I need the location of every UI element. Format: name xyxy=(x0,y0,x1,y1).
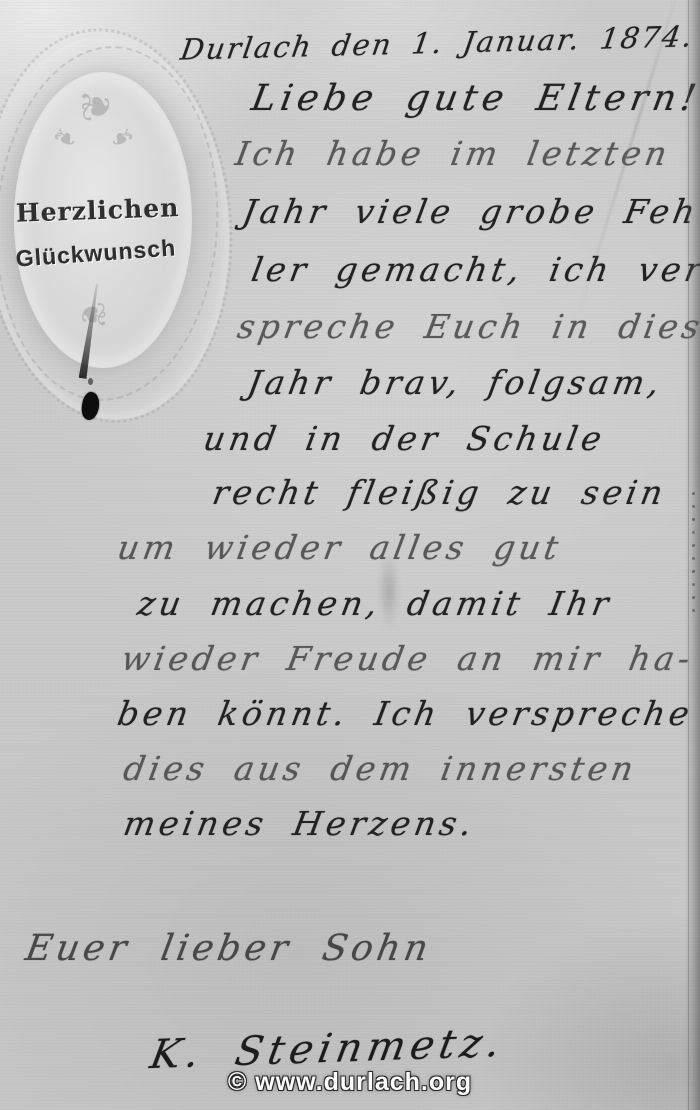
ink-dot xyxy=(88,378,93,385)
body-line: zu machen, damit Ihr xyxy=(135,584,616,623)
embossed-emblem: ❦ ❧ ❧ ❦ Herzlichen Glückwunsch xyxy=(0,28,232,423)
body-line: Jahr brav, folgsam, xyxy=(245,363,667,402)
perforation-dots xyxy=(692,492,695,495)
closing-line: Euer lieber Sohn xyxy=(22,928,435,969)
body-line: meines Herzens. xyxy=(121,804,479,843)
body-line: dies aus dem innersten xyxy=(121,749,641,788)
floral-ornament-icon: ❦ xyxy=(77,89,117,123)
body-line: und in der Schule xyxy=(201,419,609,458)
body-line: ler gemacht, ich ver- xyxy=(249,250,700,289)
body-line: spreche Euch in diesem xyxy=(235,307,700,346)
body-line: Ich habe im letzten xyxy=(233,134,674,173)
date-line: Durlach den 1. Januar. 1874. xyxy=(178,19,696,66)
copyright-watermark: © www.durlach.org xyxy=(228,1068,472,1097)
scanned-letter-photo: ❦ ❧ ❧ ❦ Herzlichen Glückwunsch Durlach d… xyxy=(0,0,700,1110)
paper-smudge xyxy=(378,552,400,630)
body-line: recht fleißig zu sein xyxy=(210,473,670,512)
body-line: wieder Freude an mir ha- xyxy=(119,639,697,678)
emblem-text-herzlichen: Herzlichen xyxy=(16,193,177,228)
body-line: um wieder alles gut xyxy=(115,528,566,567)
salutation: Liebe gute Eltern! xyxy=(248,78,700,119)
body-line: ben könnt. Ich verspreche xyxy=(115,694,697,733)
photo-right-edge xyxy=(684,0,700,1110)
body-line: Jahr viele grobe Feh= xyxy=(240,192,700,231)
